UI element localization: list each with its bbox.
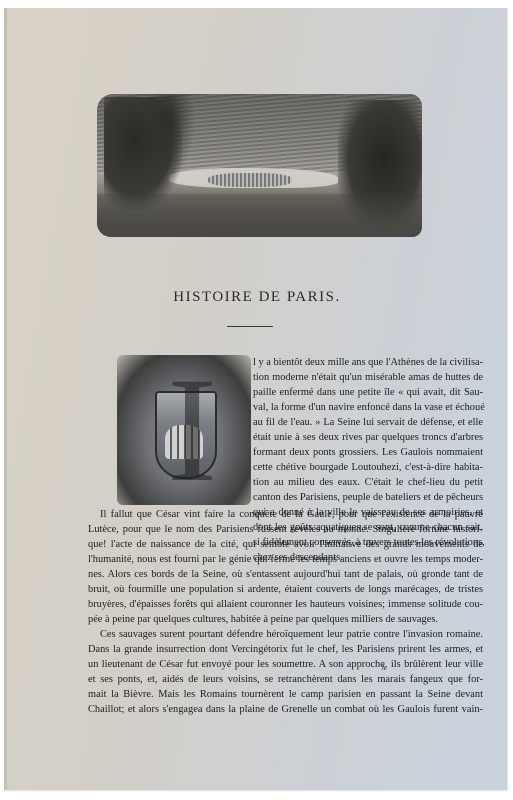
text-line: l'humanité, nous est fourni par le génie…	[88, 552, 483, 567]
text-line: Lutèce, pour que le nom des Parisiens fu…	[88, 522, 483, 537]
text-line: paille enfermé dans une petite île « qui…	[253, 385, 483, 400]
text-line: cette chétive bourgade Loutouhezi, c'est…	[253, 460, 483, 475]
text-line: au fil de l'eau. » La Seine lui servait …	[253, 415, 483, 430]
engraving-foreground	[97, 194, 422, 237]
text-line: Il fallut que César vint faire la conquê…	[88, 507, 483, 522]
landscape-engraving-illustration	[97, 94, 422, 237]
text-line: était unie à ses deux rives par quelques…	[253, 430, 483, 445]
drop-cap-letter: I	[167, 355, 201, 505]
text-line: pée à peine par quelques cultures, habit…	[88, 612, 483, 627]
text-line: Ces sauvages surent pourtant défendre hé…	[88, 627, 483, 642]
paragraph-2: Il fallut que César vint faire la conquê…	[88, 507, 483, 717]
text-line: canton des Parisiens, peuple de batelier…	[253, 490, 483, 505]
text-line: Chaillot; et alors s'engagea dans la pla…	[88, 702, 483, 717]
engraving-island-city	[208, 173, 293, 187]
text-line: formant deux ponts grossiers. Les Gauloi…	[253, 445, 483, 460]
text-line: nes. Alors ces bords de la Seine, où s'e…	[88, 567, 483, 582]
title-divider	[227, 326, 273, 327]
text-line: bruyères, d'épaisses forêts qui allaient…	[88, 597, 483, 612]
text-line: un lieutenant de César fut envoyé pour l…	[88, 657, 483, 672]
text-line: et ses ponts, et, aidés de leurs voisins…	[88, 672, 483, 687]
text-line: tion moderne n'était qu'un misérable ama…	[253, 370, 483, 385]
text-line: que! l'acte de naissance de la cité, qui…	[88, 537, 483, 552]
ornamental-drop-cap: I	[117, 355, 251, 505]
text-line: mait la Bièvre. Mais les Romains tournèr…	[88, 687, 483, 702]
text-line: l y a bientôt deux mille ans que l'Athèn…	[253, 355, 483, 370]
signature-mark: A	[381, 664, 386, 672]
text-line: val, la forme d'un navire enfoncé dans l…	[253, 400, 483, 415]
engraving-tree-left-tall	[143, 94, 195, 180]
book-page: HISTOIRE DE PARIS. I l y a bientôt deux …	[4, 8, 507, 790]
chapter-title: HISTOIRE DE PARIS.	[7, 289, 507, 306]
text-line: bruit, où fourmille une population si ar…	[88, 582, 483, 597]
text-line: Dans la grande insurrection dont Vercing…	[88, 642, 483, 657]
text-line: tion au milieu des eaux. C'était le chef…	[253, 475, 483, 490]
